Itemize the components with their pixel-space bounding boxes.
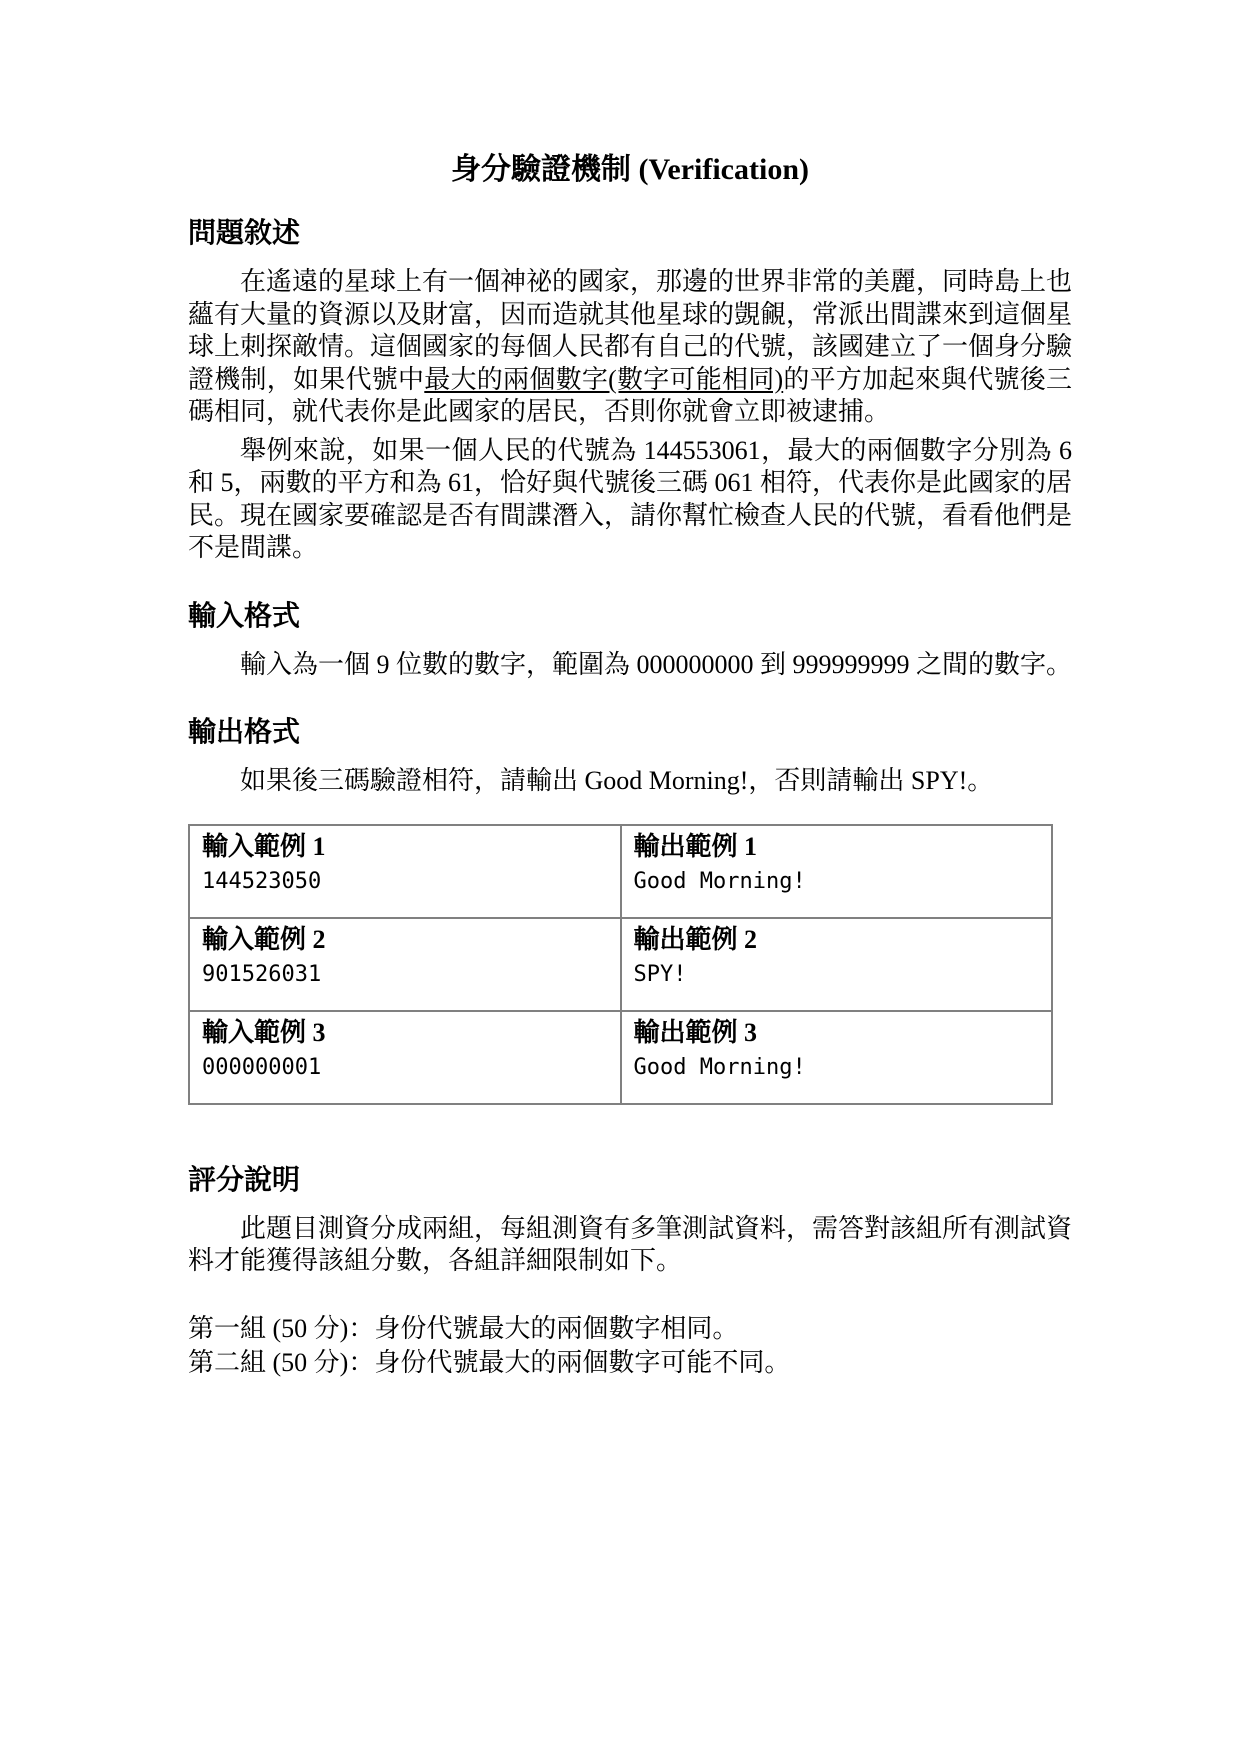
input-format-text: 輸入為一個 9 位數的數字，範圍為 000000000 到 999999999 … xyxy=(188,649,1072,682)
section-heading-output-format: 輸出格式 xyxy=(188,715,1072,751)
problem-paragraph-2: 舉例來說，如果一個人民的代號為 144553061，最大的兩個數字分別為 6 和… xyxy=(188,435,1072,565)
example-1-input-cell: 輸入範例 1 144523050 xyxy=(189,825,621,918)
example-1-output-label: 輸出範例 1 xyxy=(634,831,1040,863)
problem-paragraph-1: 在遙遠的星球上有一個神祕的國家，那邊的世界非常的美麗，同時島上也蘊有大量的資源以… xyxy=(188,266,1072,429)
example-1-output-cell: 輸出範例 1 Good Morning! xyxy=(621,825,1053,918)
examples-table: 輸入範例 1 144523050 輸出範例 1 Good Morning! 輸入… xyxy=(188,824,1053,1105)
scoring-paragraph: 此題目測資分成兩組，每組測資有多筆測試資料，需答對該組所有測試資料才能獲得該組分… xyxy=(188,1213,1072,1278)
example-2-input-label: 輸入範例 2 xyxy=(202,924,608,956)
section-heading-scoring: 評分說明 xyxy=(188,1163,1072,1199)
scoring-group-1: 第一組 (50 分)：身份代號最大的兩個數字相同。 xyxy=(188,1312,1072,1346)
scoring-group-2: 第二組 (50 分)：身份代號最大的兩個數字可能不同。 xyxy=(188,1346,1072,1380)
output-format-text: 如果後三碼驗證相符，請輸出 Good Morning!，否則請輸出 SPY!。 xyxy=(188,765,1072,798)
example-1-output-value: Good Morning! xyxy=(634,867,1040,897)
document-page: 身分驗證機制 (Verification) 問題敘述 在遙遠的星球上有一個神祕的… xyxy=(0,0,1241,1754)
section-heading-problem: 問題敘述 xyxy=(188,216,1072,252)
example-2-output-value: SPY! xyxy=(634,960,1040,990)
table-row: 輸入範例 1 144523050 輸出範例 1 Good Morning! xyxy=(189,825,1052,918)
problem-p1-underlined-text: 最大的兩個數字(數字可能相同) xyxy=(424,365,783,394)
example-3-input-cell: 輸入範例 3 000000001 xyxy=(189,1011,621,1104)
example-1-input-label: 輸入範例 1 xyxy=(202,831,608,863)
section-heading-input-format: 輸入格式 xyxy=(188,599,1072,635)
page-title: 身分驗證機制 (Verification) xyxy=(188,150,1072,190)
example-3-input-value: 000000001 xyxy=(202,1053,608,1083)
table-row: 輸入範例 2 901526031 輸出範例 2 SPY! xyxy=(189,918,1052,1011)
example-3-input-label: 輸入範例 3 xyxy=(202,1017,608,1049)
example-3-output-label: 輸出範例 3 xyxy=(634,1017,1040,1049)
example-2-output-label: 輸出範例 2 xyxy=(634,924,1040,956)
example-3-output-cell: 輸出範例 3 Good Morning! xyxy=(621,1011,1053,1104)
example-2-input-value: 901526031 xyxy=(202,960,608,990)
example-2-input-cell: 輸入範例 2 901526031 xyxy=(189,918,621,1011)
table-row: 輸入範例 3 000000001 輸出範例 3 Good Morning! xyxy=(189,1011,1052,1104)
scoring-groups: 第一組 (50 分)：身份代號最大的兩個數字相同。 第二組 (50 分)：身份代… xyxy=(188,1312,1072,1380)
example-3-output-value: Good Morning! xyxy=(634,1053,1040,1083)
example-1-input-value: 144523050 xyxy=(202,867,608,897)
example-2-output-cell: 輸出範例 2 SPY! xyxy=(621,918,1053,1011)
